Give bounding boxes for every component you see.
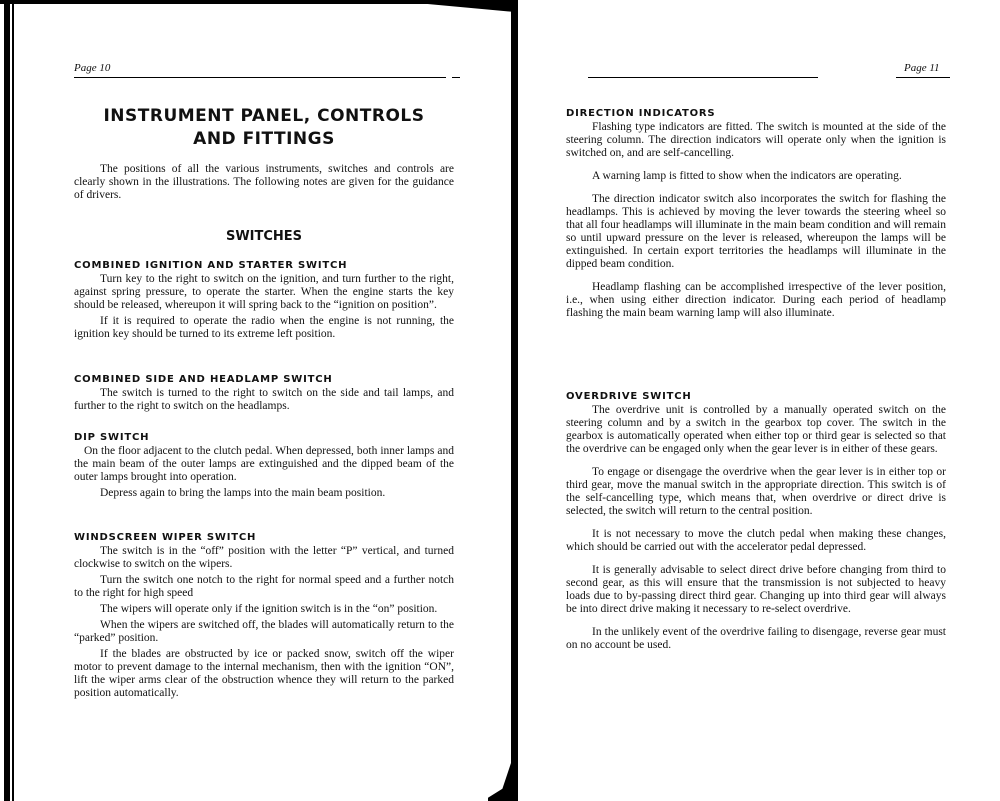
- section-wiper-switch: WINDSCREEN WIPER SWITCH The switch is in…: [74, 532, 454, 703]
- section-headlamp-switch: COMBINED SIDE AND HEADLAMP SWITCH The sw…: [74, 374, 454, 416]
- section-overdrive-switch: OVERDRIVE SWITCH The overdrive unit is c…: [566, 391, 946, 662]
- paragraph: If the blades are obstructed by ice or p…: [74, 648, 454, 700]
- page-number-left: Page 10: [74, 62, 110, 74]
- gutter-shadow: [488, 760, 512, 801]
- intro-text: The positions of all the various instrum…: [74, 163, 454, 202]
- paragraph: Turn key to the right to switch on the i…: [74, 273, 454, 312]
- paragraph: The switch is in the “off” position with…: [74, 545, 454, 571]
- paragraph: On the floor adjacent to the clutch peda…: [74, 445, 454, 484]
- paragraph: Headlamp flashing can be accomplished ir…: [566, 281, 946, 320]
- page-title: INSTRUMENT PANEL, CONTROLS AND FITTINGS: [74, 105, 454, 151]
- title-line-2: AND FITTINGS: [193, 129, 335, 149]
- paragraph: When the wipers are switched off, the bl…: [74, 619, 454, 645]
- header-rule-right: [588, 77, 818, 78]
- paragraph: The wipers will operate only if the igni…: [74, 603, 454, 616]
- section-ignition-switch: COMBINED IGNITION AND STARTER SWITCH Tur…: [74, 260, 454, 344]
- scan-edge-left: [4, 0, 10, 801]
- paragraph: Turn the switch one notch to the right f…: [74, 574, 454, 600]
- paragraph: It is generally advisable to select dire…: [566, 564, 946, 616]
- header-rule-left-tail: [452, 77, 460, 78]
- paragraph: The overdrive unit is controlled by a ma…: [566, 404, 946, 456]
- paragraph: Depress again to bring the lamps into th…: [74, 487, 454, 500]
- title-line-1: INSTRUMENT PANEL, CONTROLS: [103, 106, 424, 126]
- section-heading: WINDSCREEN WIPER SWITCH: [74, 532, 454, 543]
- section-direction-indicators: DIRECTION INDICATORS Flashing type indic…: [566, 108, 946, 330]
- paragraph: The direction indicator switch also inco…: [566, 193, 946, 271]
- left-page: Page 10 INSTRUMENT PANEL, CONTROLS AND F…: [74, 0, 454, 801]
- paragraph: To engage or disengage the overdrive whe…: [566, 466, 946, 518]
- section-heading: COMBINED IGNITION AND STARTER SWITCH: [74, 260, 454, 271]
- intro-paragraph: The positions of all the various instrum…: [74, 163, 454, 205]
- section-dip-switch: DIP SWITCH On the floor adjacent to the …: [74, 432, 454, 503]
- page-number-right: Page 11: [904, 62, 940, 74]
- paragraph: A warning lamp is fitted to show when th…: [566, 170, 946, 183]
- scan-edge-left-line: [12, 0, 14, 801]
- section-title-switches: SWITCHES: [74, 229, 454, 244]
- paragraph: It is not necessary to move the clutch p…: [566, 528, 946, 554]
- section-heading: DIP SWITCH: [74, 432, 454, 443]
- paragraph: The switch is turned to the right to swi…: [74, 387, 454, 413]
- section-heading: COMBINED SIDE AND HEADLAMP SWITCH: [74, 374, 454, 385]
- section-heading: DIRECTION INDICATORS: [566, 108, 946, 119]
- paragraph: If it is required to operate the radio w…: [74, 315, 454, 341]
- right-page: Page 11 DIRECTION INDICATORS Flashing ty…: [566, 0, 946, 801]
- header-rule-left: [74, 77, 446, 78]
- header-rule-right-tail: [896, 77, 950, 78]
- paragraph: In the unlikely event of the overdrive f…: [566, 626, 946, 652]
- section-heading: OVERDRIVE SWITCH: [566, 391, 946, 402]
- paragraph: Flashing type indicators are fitted. The…: [566, 121, 946, 160]
- book-gutter: [511, 0, 518, 801]
